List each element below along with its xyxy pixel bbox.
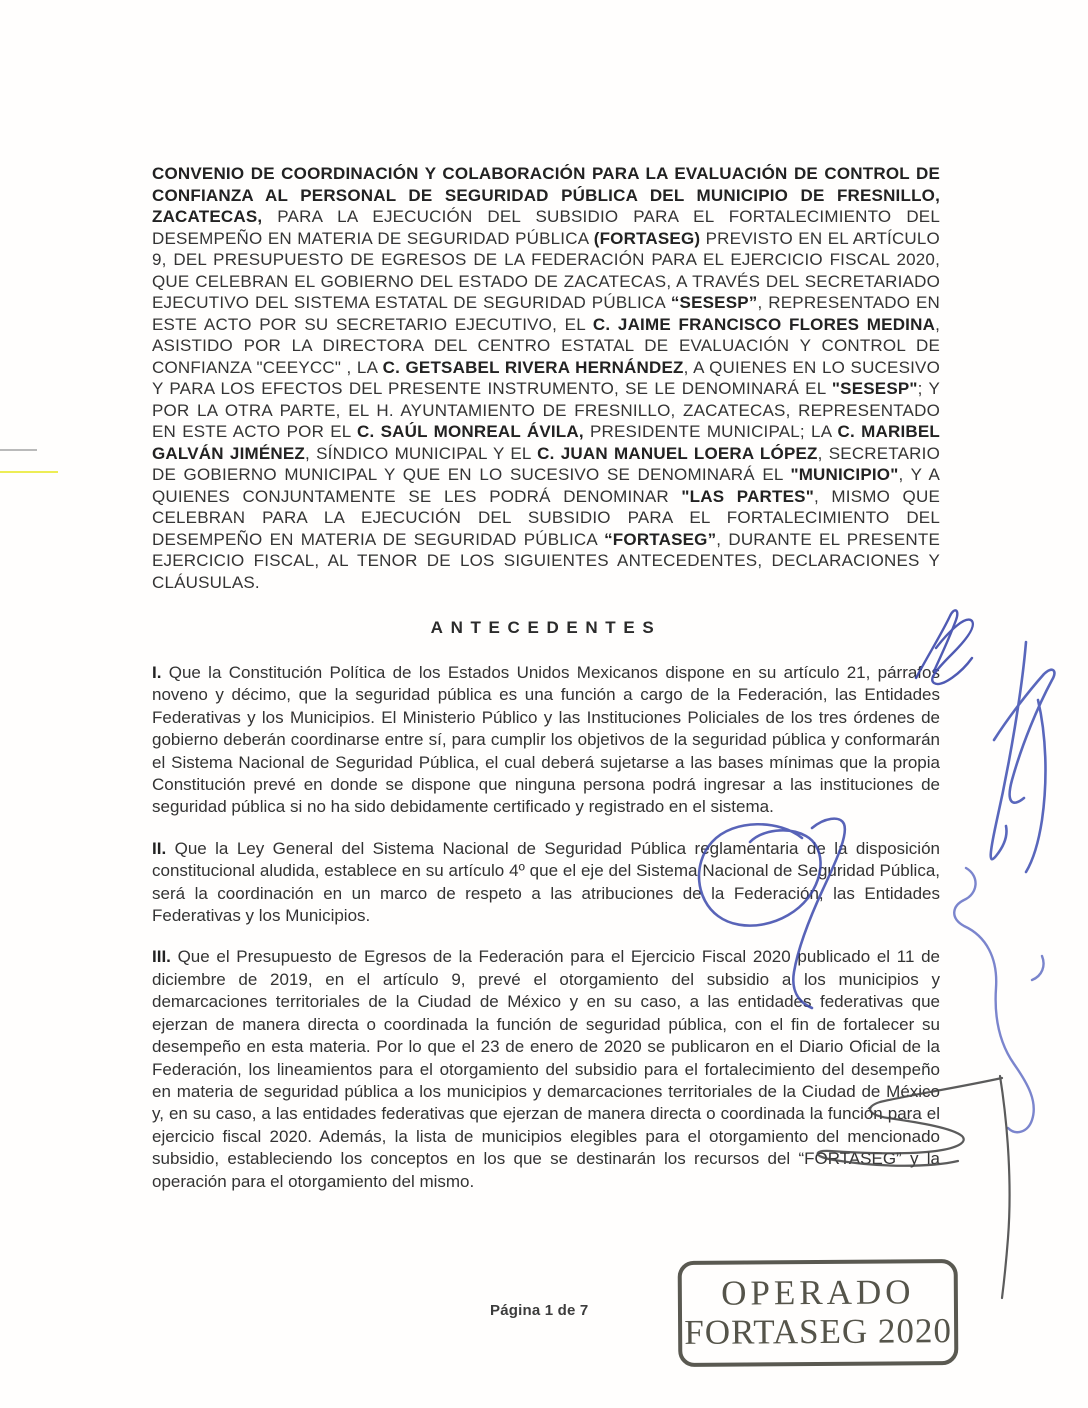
antecedentes-heading: ANTECEDENTES xyxy=(152,618,940,638)
signature-flourish-icon xyxy=(991,642,1055,872)
ink-curve-icon xyxy=(954,868,1043,1132)
operado-fortaseg-stamp: OPERADO FORTASEG 2020 xyxy=(678,1259,959,1367)
document-body: CONVENIO DE COORDINACIÓN Y COLABORACIÓN … xyxy=(152,146,940,1212)
page-number: Página 1 de 7 xyxy=(490,1302,588,1319)
document-page: CONVENIO DE COORDINACIÓN Y COLABORACIÓN … xyxy=(0,0,1088,1408)
stamp-line-2: FORTASEG 2020 xyxy=(684,1311,952,1353)
antecedente-paragraph-3: III. Que el Presupuesto de Egresos de la… xyxy=(152,946,940,1192)
antecedente-paragraph-1: I. Que la Constitución Política de los E… xyxy=(152,662,940,819)
document-title: CONVENIO DE COORDINACIÓN Y COLABORACIÓN … xyxy=(152,163,940,593)
scan-artifact-yellow-line xyxy=(0,471,58,473)
scan-artifact-gray-line xyxy=(0,449,37,451)
stamp-line-1: OPERADO xyxy=(721,1273,915,1312)
antecedente-paragraph-2: II. Que la Ley General del Sistema Nacio… xyxy=(152,838,940,928)
